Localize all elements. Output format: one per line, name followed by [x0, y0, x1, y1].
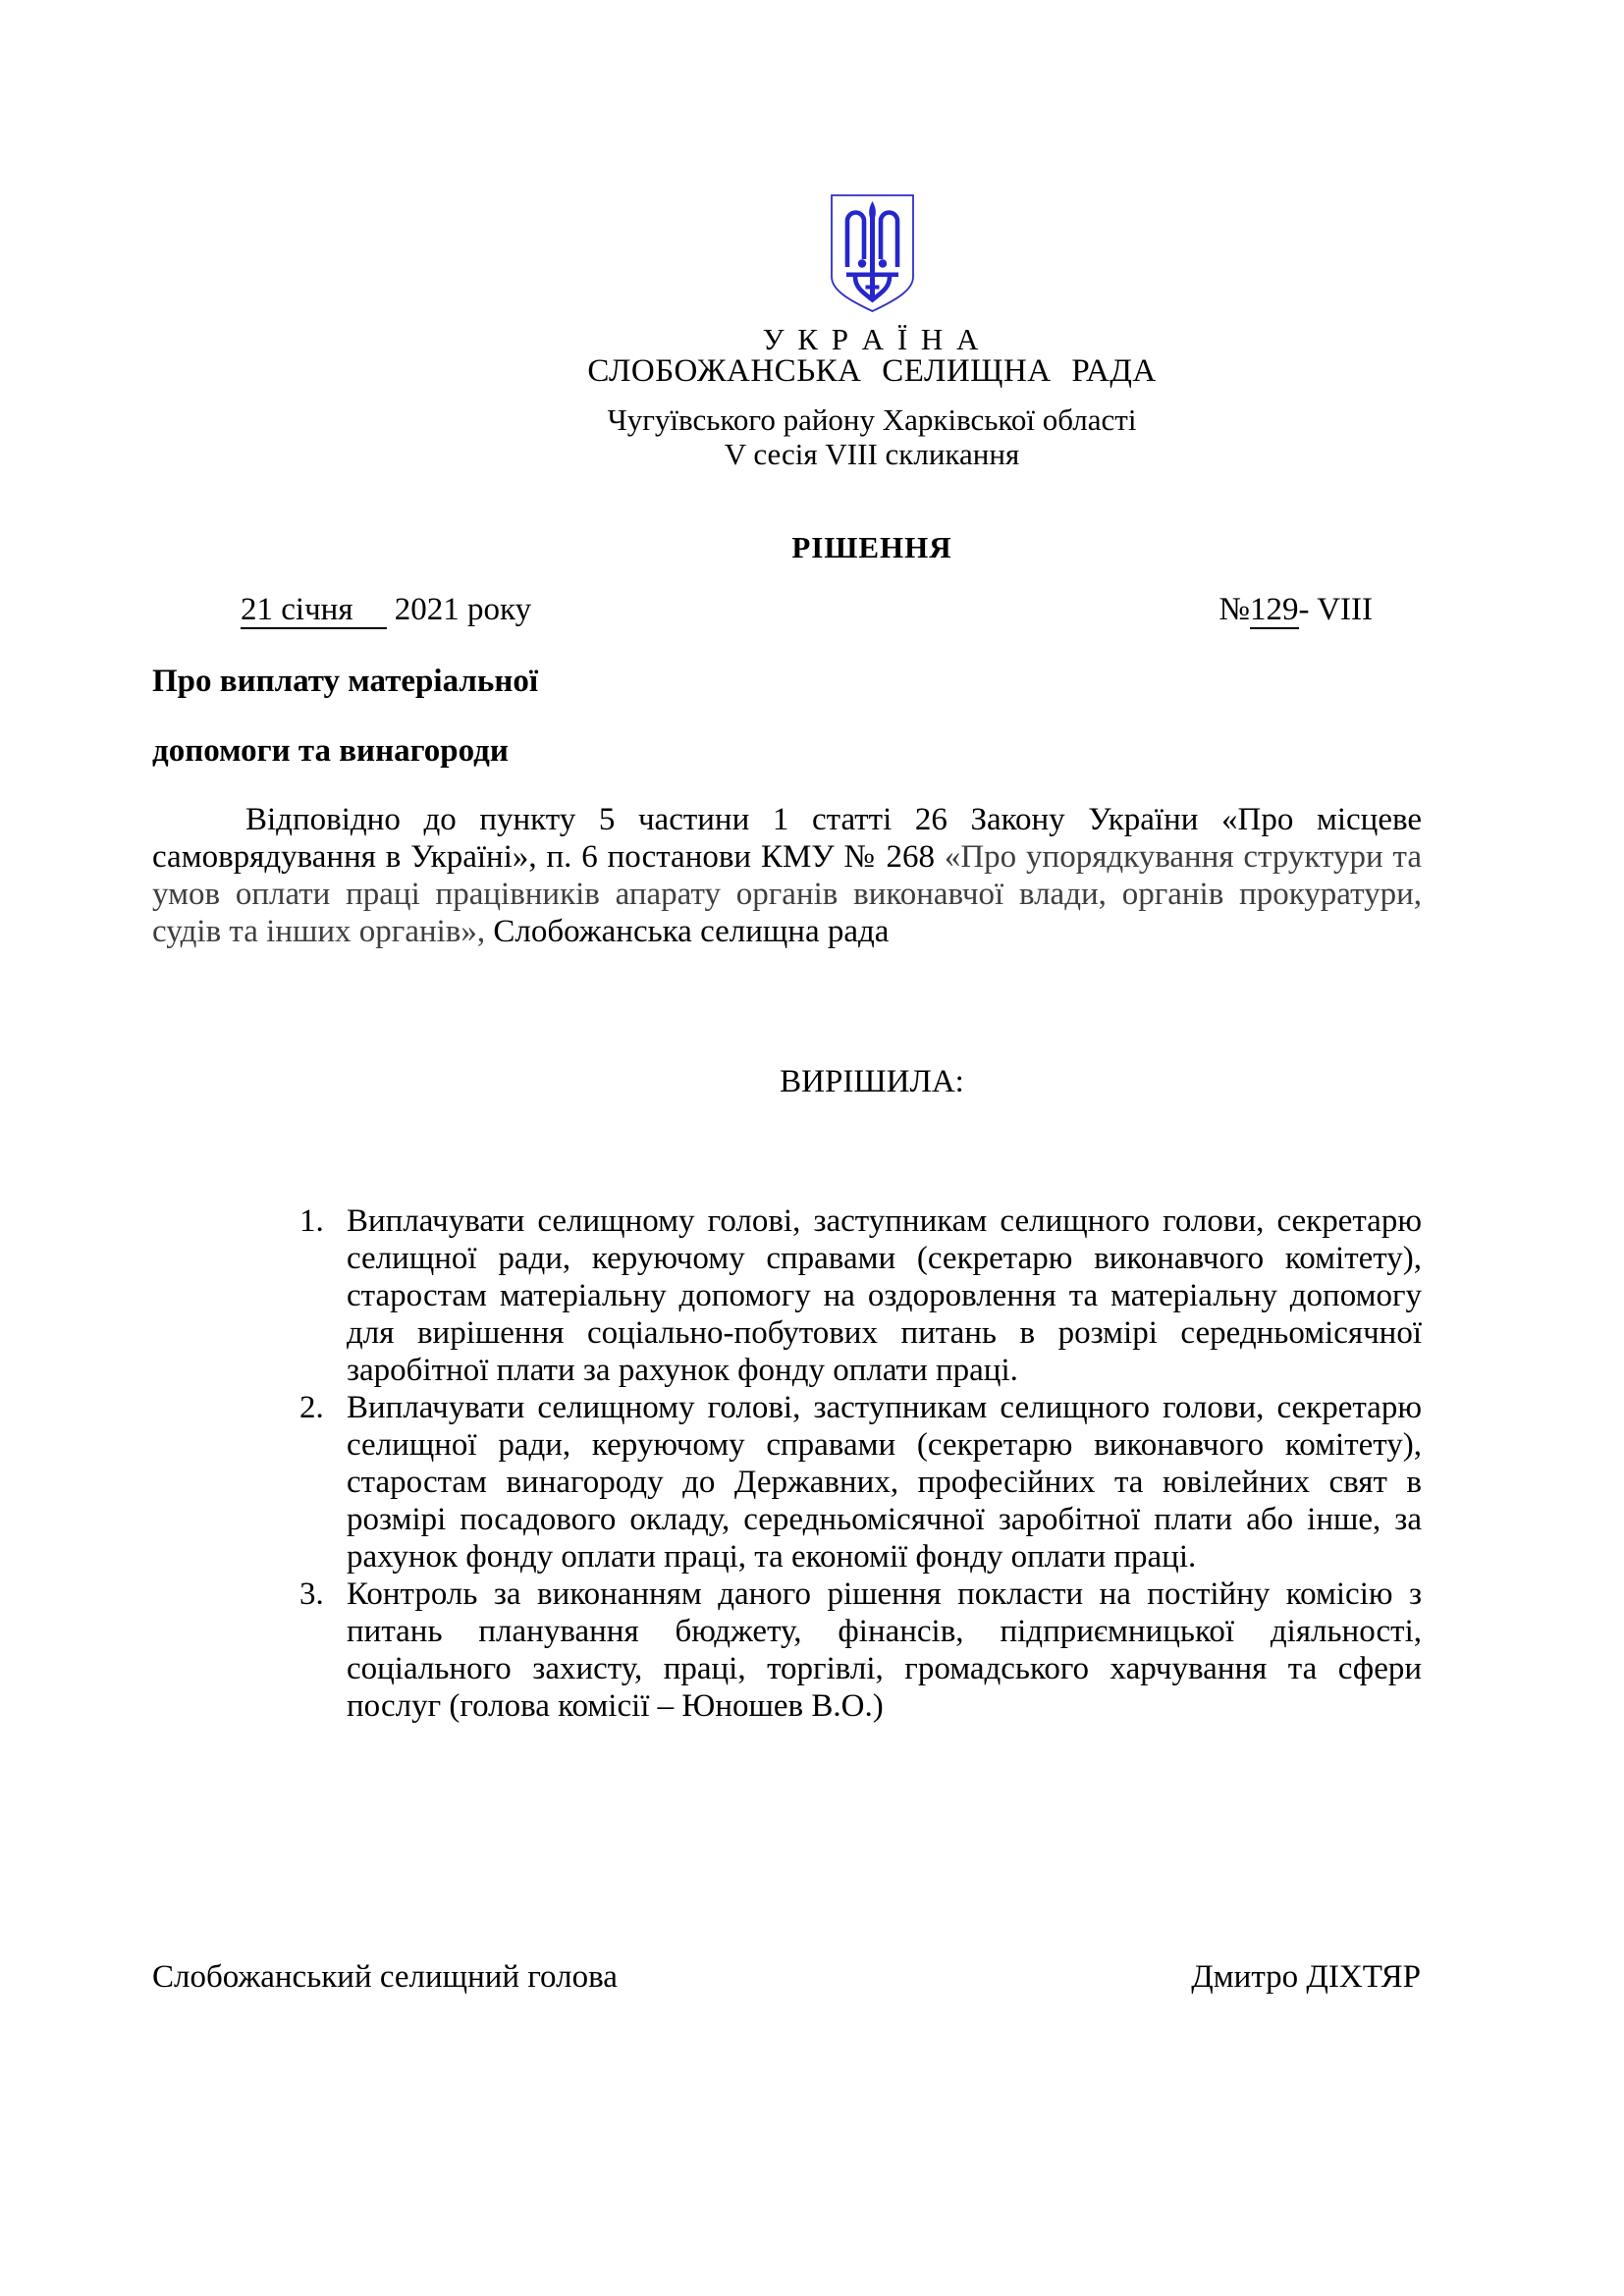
- number-convocation: - VIII: [1299, 592, 1373, 627]
- item-text: Контроль за виконанням даного рішення по…: [347, 1576, 1422, 1724]
- preamble-tail: Слобожанська селищна рада: [485, 914, 889, 949]
- resolution-item-3: 3. Контроль за виконанням даного рішення…: [299, 1575, 1422, 1725]
- date-day-month: 21 січня: [241, 592, 387, 629]
- preamble-paragraph: Відповідно до пункту 5 частини 1 статті …: [152, 801, 1422, 950]
- date-year: 2021 року: [395, 592, 531, 627]
- document-number: №129- VIII: [1219, 592, 1373, 628]
- item-text: Виплачувати селищному голові, заступника…: [347, 1203, 1422, 1388]
- signature-row: Слобожанський селищний голова Дмитро ДІХ…: [152, 1959, 1421, 1996]
- number-sign: №: [1219, 592, 1251, 627]
- document-type-title: РІШЕННЯ: [206, 530, 1538, 565]
- subject-line-2: допомоги та винагороди: [152, 733, 509, 770]
- document-date: 21 січня 2021 року: [241, 592, 531, 628]
- header-session: V сесія VIII скликання: [206, 437, 1538, 472]
- decision-document-page: У К Р А Ї Н А СЛОБОЖАНСЬКА СЕЛИЩНА РАДА …: [0, 0, 1624, 2296]
- ukraine-trident-emblem-icon: [827, 190, 918, 315]
- item-number: 2.: [299, 1389, 324, 1426]
- header-council-name: СЛОБОЖАНСЬКА СЕЛИЩНА РАДА: [206, 353, 1538, 390]
- resolution-item-2: 2. Виплачувати селищному голові, заступн…: [299, 1389, 1422, 1575]
- item-text: Виплачувати селищному голові, заступника…: [347, 1390, 1422, 1575]
- resolution-heading: ВИРІШИЛА:: [206, 1064, 1538, 1100]
- resolution-items-list: 1. Виплачувати селищному голові, заступн…: [299, 1202, 1422, 1725]
- date-number-row: 21 січня 2021 року №129- VIII: [241, 592, 1373, 628]
- resolution-item-1: 1. Виплачувати селищному голові, заступн…: [299, 1202, 1422, 1389]
- header-district: Чугуївського району Харківської області: [206, 402, 1538, 438]
- item-number: 3.: [299, 1575, 324, 1613]
- subject-line-1: Про виплату матеріальної: [152, 664, 538, 700]
- header-country: У К Р А Ї Н А: [206, 322, 1538, 357]
- signatory-position: Слобожанський селищний голова: [152, 1959, 618, 1996]
- signatory-name: Дмитро ДІХТЯР: [1191, 1959, 1421, 1996]
- item-number: 1.: [299, 1202, 324, 1240]
- number-value: 129: [1250, 592, 1299, 629]
